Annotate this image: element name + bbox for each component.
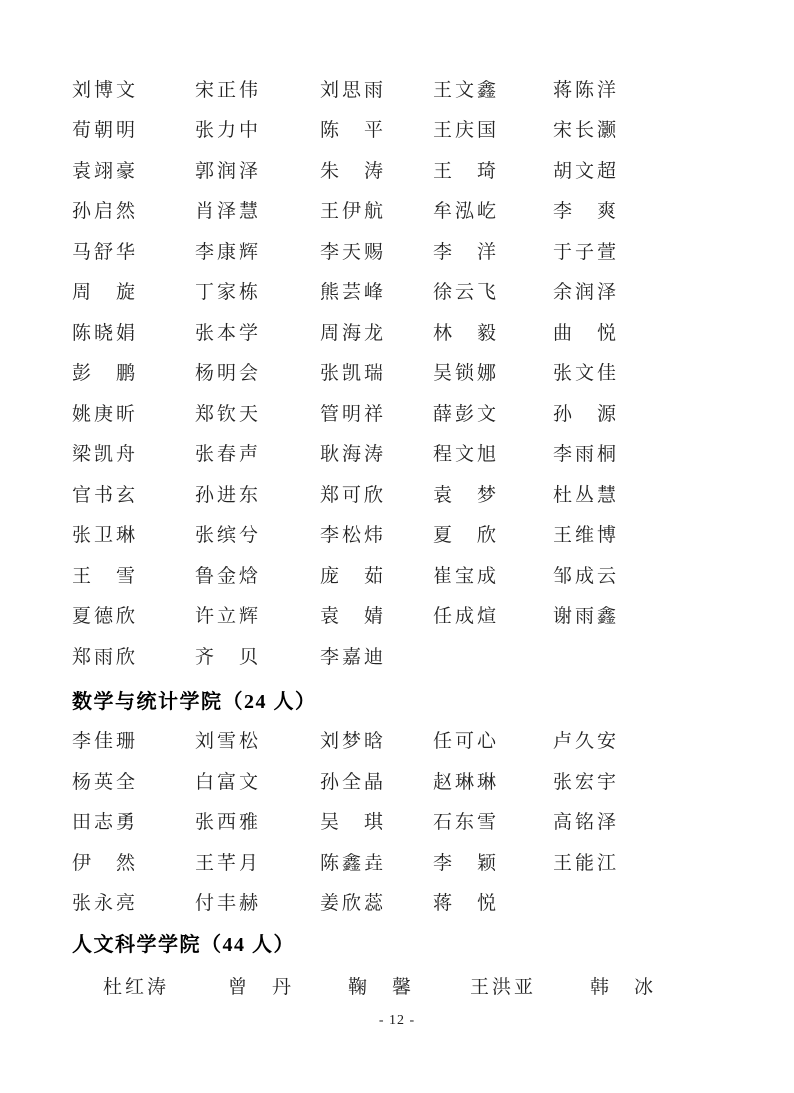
student-name: 李 颖 xyxy=(433,848,553,875)
student-name: 宋长灏 xyxy=(553,115,794,142)
student-name: 耿海涛 xyxy=(320,439,433,466)
student-name: 石东雪 xyxy=(433,807,553,834)
student-name: 肖泽慧 xyxy=(195,196,320,223)
student-name-list-math-statistics: 李佳珊刘雪松刘梦晗任可心卢久安杨英全白富文孙全晶赵琳琳张宏宇田志勇张西雅吴 琪石… xyxy=(0,720,794,923)
student-name: 张春声 xyxy=(195,439,320,466)
student-name: 陈晓娟 xyxy=(72,318,195,345)
name-row: 陈晓娟张本学周海龙林 毅曲 悦 xyxy=(0,311,794,352)
student-name: 任可心 xyxy=(433,726,553,753)
student-name: 白富文 xyxy=(195,767,320,794)
student-name: 李康辉 xyxy=(195,237,320,264)
student-name: 徐云飞 xyxy=(433,277,553,304)
name-row: 孙启然肖泽慧王伊航牟泓屹李 爽 xyxy=(0,190,794,231)
student-name: 李 爽 xyxy=(553,196,794,223)
student-name: 宋正伟 xyxy=(195,75,320,102)
student-name: 袁翊豪 xyxy=(72,156,195,183)
student-name: 杜红涛 xyxy=(103,972,228,999)
student-name: 郑雨欣 xyxy=(72,642,195,669)
student-name: 管明祥 xyxy=(320,399,433,426)
student-name: 崔宝成 xyxy=(433,561,553,588)
student-name: 鞠 馨 xyxy=(348,972,470,999)
student-name: 姚庚昕 xyxy=(72,399,195,426)
student-name: 蒋 悦 xyxy=(433,888,553,915)
student-name: 李松炜 xyxy=(320,520,433,547)
section-header-humanities: 人文科学学院（44 人） xyxy=(0,931,794,959)
student-name: 鲁金焓 xyxy=(195,561,320,588)
student-name: 王庆国 xyxy=(433,115,553,142)
student-name: 张西雅 xyxy=(195,807,320,834)
student-name: 夏德欣 xyxy=(72,601,195,628)
student-name: 马舒华 xyxy=(72,237,195,264)
name-row: 周 旋丁家栋熊芸峰徐云飞余润泽 xyxy=(0,271,794,312)
student-name: 杨明会 xyxy=(195,358,320,385)
student-name: 张永亮 xyxy=(72,888,195,915)
student-name: 孙全晶 xyxy=(320,767,433,794)
student-name: 李佳珊 xyxy=(72,726,195,753)
student-name: 程文旭 xyxy=(433,439,553,466)
name-row: 李佳珊刘雪松刘梦晗任可心卢久安 xyxy=(0,720,794,761)
name-row: 王 雪鲁金焓庞 茹崔宝成邹成云 xyxy=(0,554,794,595)
student-name: 孙 源 xyxy=(553,399,794,426)
student-name-list-humanities: 杜红涛曾 丹鞠 馨王洪亚韩 冰 xyxy=(0,965,794,1006)
name-row: 张卫琳张缤兮李松炜夏 欣王维博 xyxy=(0,514,794,555)
name-row: 张永亮付丰赫姜欣蕊蒋 悦 xyxy=(0,882,794,923)
student-name: 胡文超 xyxy=(553,156,794,183)
student-name: 李嘉迪 xyxy=(320,642,433,669)
student-name: 张本学 xyxy=(195,318,320,345)
student-name: 刘博文 xyxy=(72,75,195,102)
student-name: 谢雨鑫 xyxy=(553,601,794,628)
student-name: 彭 鹏 xyxy=(72,358,195,385)
student-name: 杜丛慧 xyxy=(553,480,794,507)
student-name: 张宏宇 xyxy=(553,767,794,794)
name-row: 杨英全白富文孙全晶赵琳琳张宏宇 xyxy=(0,760,794,801)
student-name: 郑钦天 xyxy=(195,399,320,426)
student-name: 李雨桐 xyxy=(553,439,794,466)
name-row: 梁凯舟张春声耿海涛程文旭李雨桐 xyxy=(0,433,794,474)
student-name: 牟泓屹 xyxy=(433,196,553,223)
student-name: 于子萱 xyxy=(553,237,794,264)
student-name: 王芊月 xyxy=(195,848,320,875)
student-name: 官书玄 xyxy=(72,480,195,507)
student-name: 庞 茹 xyxy=(320,561,433,588)
student-name: 王洪亚 xyxy=(470,972,590,999)
student-name: 张卫琳 xyxy=(72,520,195,547)
student-name: 王文鑫 xyxy=(433,75,553,102)
student-name: 袁 梦 xyxy=(433,480,553,507)
student-name: 张文佳 xyxy=(553,358,794,385)
student-name: 李天赐 xyxy=(320,237,433,264)
student-name: 张力中 xyxy=(195,115,320,142)
student-name: 付丰赫 xyxy=(195,888,320,915)
student-name: 梁凯舟 xyxy=(72,439,195,466)
name-row: 伊 然王芊月陈鑫垚李 颖王能江 xyxy=(0,841,794,882)
student-name: 许立辉 xyxy=(195,601,320,628)
student-name: 袁 婧 xyxy=(320,601,433,628)
student-name: 熊芸峰 xyxy=(320,277,433,304)
name-row: 夏德欣许立辉袁 婧任成煊谢雨鑫 xyxy=(0,595,794,636)
name-row: 荀朝明张力中陈 平王庆国宋长灏 xyxy=(0,109,794,150)
student-name: 高铭泽 xyxy=(553,807,794,834)
student-name: 郭润泽 xyxy=(195,156,320,183)
student-name: 周海龙 xyxy=(320,318,433,345)
student-name: 王伊航 xyxy=(320,196,433,223)
student-name: 姜欣蕊 xyxy=(320,888,433,915)
name-row: 彭 鹏杨明会张凯瑞吴锁娜张文佳 xyxy=(0,352,794,393)
student-name: 曲 悦 xyxy=(553,318,794,345)
student-name: 荀朝明 xyxy=(72,115,195,142)
student-name: 任成煊 xyxy=(433,601,553,628)
student-name: 孙进东 xyxy=(195,480,320,507)
student-name: 田志勇 xyxy=(72,807,195,834)
student-name: 邹成云 xyxy=(553,561,794,588)
student-name: 张凯瑞 xyxy=(320,358,433,385)
student-name: 齐 贝 xyxy=(195,642,320,669)
student-name: 郑可欣 xyxy=(320,480,433,507)
student-name-list-continued: 刘博文宋正伟刘思雨王文鑫蒋陈洋荀朝明张力中陈 平王庆国宋长灏袁翊豪郭润泽朱 涛王… xyxy=(0,68,794,676)
student-name: 王能江 xyxy=(553,848,794,875)
name-row: 郑雨欣齐 贝李嘉迪 xyxy=(0,635,794,676)
name-row: 袁翊豪郭润泽朱 涛王 琦胡文超 xyxy=(0,149,794,190)
student-name: 薛彭文 xyxy=(433,399,553,426)
name-row: 马舒华李康辉李天赐李 洋于子萱 xyxy=(0,230,794,271)
student-name: 林 毅 xyxy=(433,318,553,345)
section-header-math-statistics: 数学与统计学院（24 人） xyxy=(0,688,794,716)
student-name: 周 旋 xyxy=(72,277,195,304)
student-name: 王 琦 xyxy=(433,156,553,183)
page-number: - 12 - xyxy=(0,1012,794,1030)
student-name: 曾 丹 xyxy=(228,972,348,999)
student-name: 朱 涛 xyxy=(320,156,433,183)
document-page: 刘博文宋正伟刘思雨王文鑫蒋陈洋荀朝明张力中陈 平王庆国宋长灏袁翊豪郭润泽朱 涛王… xyxy=(0,0,794,1093)
student-name: 赵琳琳 xyxy=(433,767,553,794)
student-name: 张缤兮 xyxy=(195,520,320,547)
student-name: 陈鑫垚 xyxy=(320,848,433,875)
student-name: 刘雪松 xyxy=(195,726,320,753)
student-name: 刘思雨 xyxy=(320,75,433,102)
name-row: 官书玄孙进东郑可欣袁 梦杜丛慧 xyxy=(0,473,794,514)
student-name: 余润泽 xyxy=(553,277,794,304)
student-name: 卢久安 xyxy=(553,726,794,753)
student-name: 吴 琪 xyxy=(320,807,433,834)
student-name: 吴锁娜 xyxy=(433,358,553,385)
student-name: 夏 欣 xyxy=(433,520,553,547)
student-name: 伊 然 xyxy=(72,848,195,875)
name-row: 田志勇张西雅吴 琪石东雪高铭泽 xyxy=(0,801,794,842)
student-name: 孙启然 xyxy=(72,196,195,223)
student-name: 韩 冰 xyxy=(590,972,794,999)
student-name: 蒋陈洋 xyxy=(553,75,794,102)
student-name: 刘梦晗 xyxy=(320,726,433,753)
student-name: 陈 平 xyxy=(320,115,433,142)
student-name: 王 雪 xyxy=(72,561,195,588)
name-row: 刘博文宋正伟刘思雨王文鑫蒋陈洋 xyxy=(0,68,794,109)
name-row: 姚庚昕郑钦天管明祥薛彭文孙 源 xyxy=(0,392,794,433)
student-name: 杨英全 xyxy=(72,767,195,794)
student-name: 李 洋 xyxy=(433,237,553,264)
student-name: 王维博 xyxy=(553,520,794,547)
student-name: 丁家栋 xyxy=(195,277,320,304)
name-row: 杜红涛曾 丹鞠 馨王洪亚韩 冰 xyxy=(0,965,794,1006)
